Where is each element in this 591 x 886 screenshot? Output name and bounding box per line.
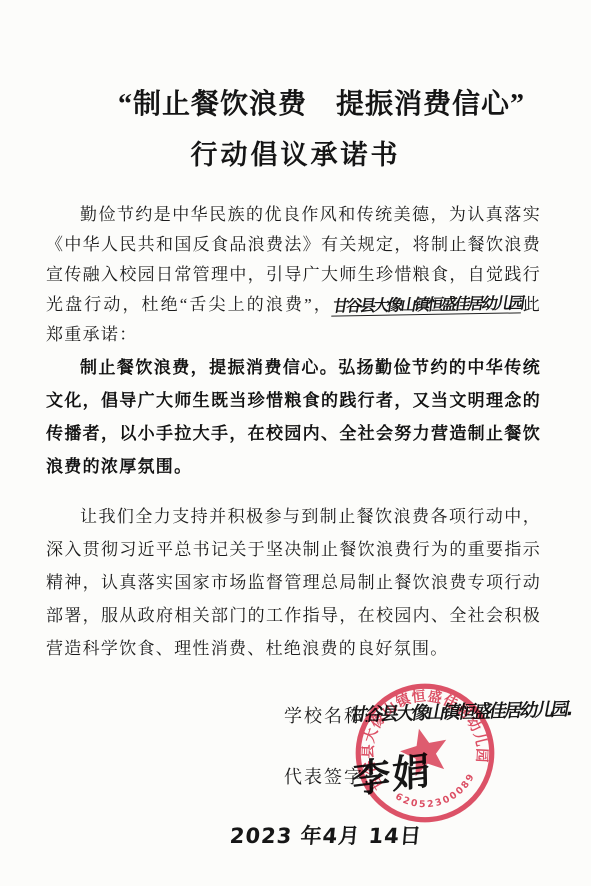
paragraph-pledge: 制止餐饮浪费，提振消费信心。弘扬勤俭节约的中华传统文化，倡导广大师生既当珍惜粮食… [46, 351, 541, 483]
paragraph-intro: 勤俭节约是中华民族的优良作风和传统美德，为认真落实《中华人民共和国反食品浪费法》… [46, 200, 541, 350]
official-seal-stamp: 甘谷县大像山镇恒盛佳居幼儿园 6205230008917 [337, 665, 514, 842]
doc-title-line2: 行动倡议承诺书 [0, 133, 591, 172]
stamp-star [396, 723, 453, 778]
handwritten-school-name-inline: 甘谷县大像山镇恒盛佳居幼儿园 [331, 294, 524, 316]
scanned-pledge-document: “制止餐饮浪费 提振消费信心” 行动倡议承诺书 勤俭节约是中华民族的优良作风和传… [0, 0, 591, 886]
doc-title-line1: “制止餐饮浪费 提振消费信心” [26, 82, 591, 122]
paragraph-action: 让我们全力支持并积极参与到制止餐饮浪费各项行动中，深入贯彻习近平总书记关于坚决制… [46, 500, 541, 665]
